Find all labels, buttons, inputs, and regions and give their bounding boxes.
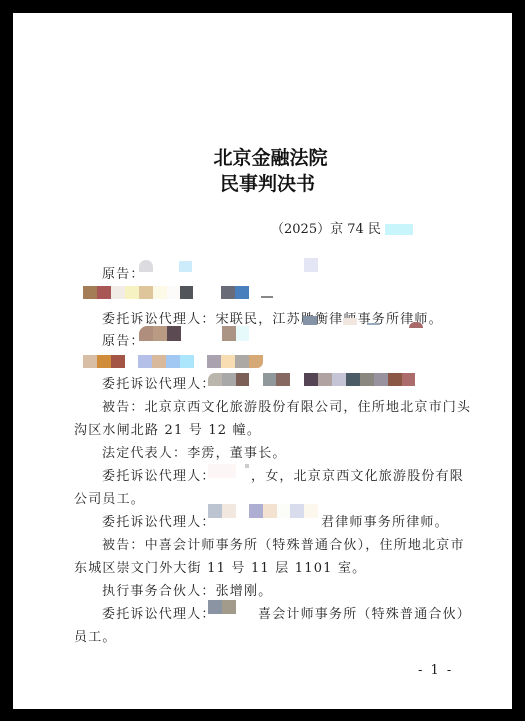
page-number: - 1 - (418, 663, 453, 678)
defendant-1-line: 被告：北京京西文化旅游股份有限公司，住所地北京市门头 (102, 396, 471, 415)
defendant-1-agent-detail: ，女，北京京西文化旅游股份有限 (251, 465, 464, 484)
court-title: 北京金融法院 (21, 143, 520, 170)
defendant-1-agent2-firm: 君律师事务所律师。 (321, 511, 449, 530)
plaintiff-1-agent: 委托诉讼代理人：宋联民，江苏胜衡律师事务所律师。 (102, 308, 443, 327)
defendant-1-agent-label: 委托诉讼代理人： (102, 465, 216, 484)
defendant-2-partner: 执行事务合伙人：张增刚。 (102, 580, 272, 599)
case-number-text: （2025）京 74 民 (271, 222, 381, 237)
document-page: 北京金融法院 民事判决书 （2025）京 74 民 原告： 委托诉讼代理人：宋联… (13, 13, 512, 709)
case-number: （2025）京 74 民 (271, 218, 413, 237)
defendant-2-agent-cont: 员工。 (74, 626, 117, 645)
defendant-2-line: 被告：中喜会计师事务所（特殊普通合伙），住所地北京市 (102, 534, 465, 553)
defendant-1-legal-rep: 法定代表人：李雳，董事长。 (102, 442, 287, 461)
defendant-1-agent-cont: 公司员工。 (74, 488, 145, 507)
plaintiff-2-agent: 委托诉讼代理人： (102, 373, 216, 392)
defendant-1-address: 沟区水闸北路 21 号 12 幢。 (74, 419, 261, 438)
defendant-2-agent-label: 委托诉讼代理人： (102, 603, 216, 622)
defendant-2-address: 东城区崇文门外大街 11 号 11 层 1101 室。 (74, 557, 366, 576)
defendant-1-agent2-label: 委托诉讼代理人： (102, 511, 216, 530)
defendant-2-agent-firm: 喜会计师事务所（特殊普通合伙） (258, 603, 471, 622)
document-type-title: 民事判决书 (18, 169, 517, 196)
redaction-block (385, 224, 413, 235)
